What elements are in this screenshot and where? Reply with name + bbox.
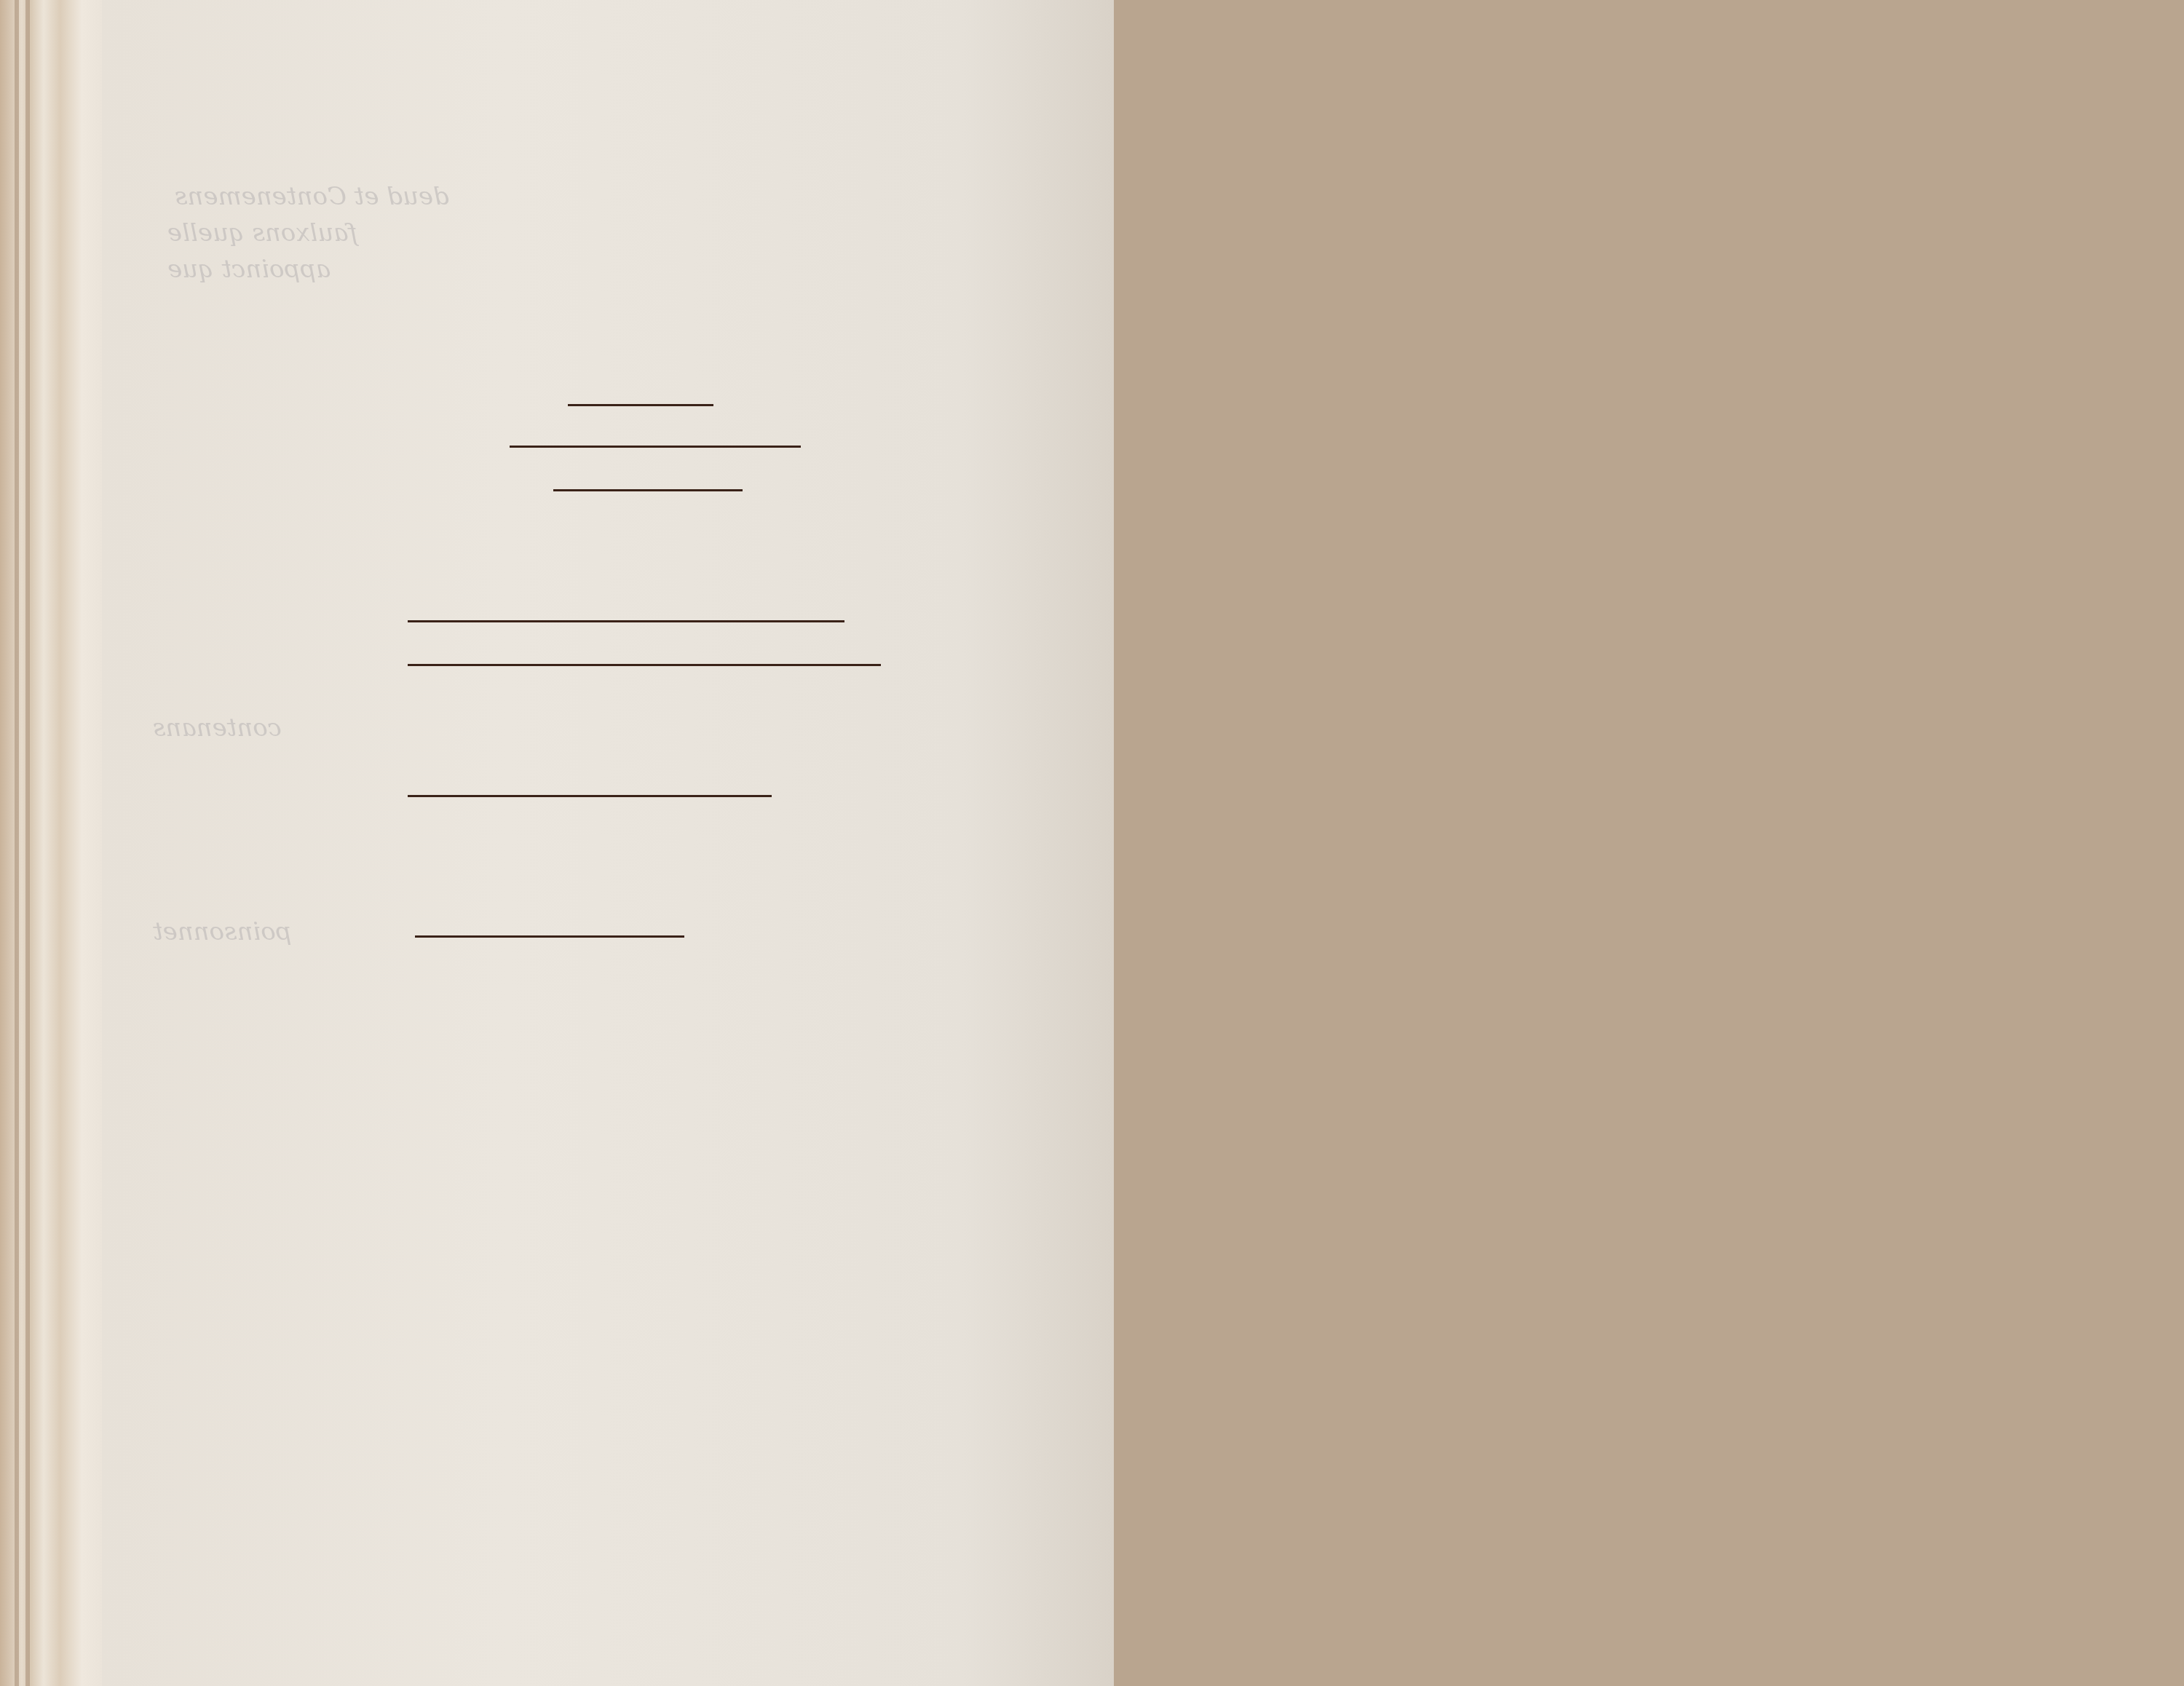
underline-stroke bbox=[408, 620, 844, 622]
bleed-through-text: contenans bbox=[153, 713, 282, 743]
bleed-through-text: poinsonnet bbox=[153, 917, 292, 946]
underline-stroke bbox=[408, 664, 881, 666]
manuscript-spread: deud et Contenemens faulxons quelle appo… bbox=[0, 0, 2184, 1686]
underline-stroke bbox=[415, 935, 684, 938]
binding-edge bbox=[0, 0, 109, 1686]
underline-stroke bbox=[568, 404, 713, 406]
bleed-through-text: deud et Contenemens bbox=[175, 182, 449, 211]
underline-stroke bbox=[510, 446, 801, 448]
bleed-through-text: faulxons quelle bbox=[167, 218, 357, 248]
underline-stroke bbox=[553, 489, 743, 491]
page-fold-line bbox=[15, 0, 19, 1686]
page-fold-line bbox=[25, 0, 30, 1686]
bleed-through-text: appoinct que bbox=[167, 255, 331, 284]
left-page bbox=[102, 0, 1114, 1686]
underline-stroke bbox=[408, 795, 772, 797]
